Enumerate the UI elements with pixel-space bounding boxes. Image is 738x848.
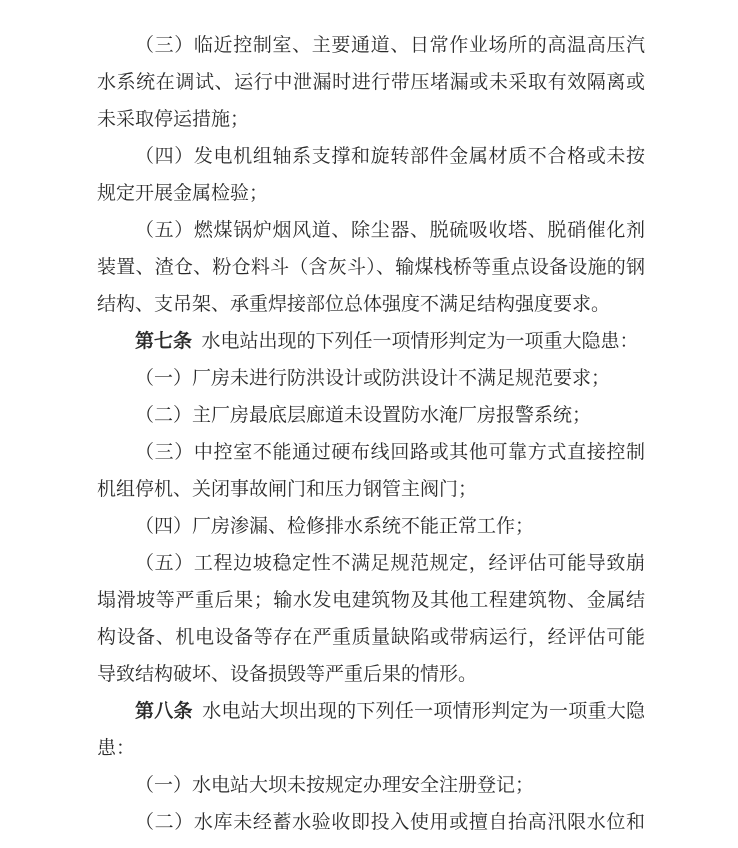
text-line: 导致结构破坏、设备损毁等严重后果的情形。 [97,656,645,693]
text-line: （五）燃煤锅炉烟风道、除尘器、脱硫吸收塔、脱硝催化剂 [97,212,645,249]
paragraph: 第七条水电站出现的下列任一项情形判定为一项重大隐患： [97,323,645,360]
article-number-label: 第八条 [135,701,193,722]
text-line: 水系统在调试、运行中泄漏时进行带压堵漏或未采取有效隔离或 [97,64,645,101]
article-number-label: 第七条 [135,331,192,352]
paragraph: （二）水库未经蓄水验收即投入使用或擅自抬高汛限水位和 [97,804,645,841]
text-line: （二）水库未经蓄水验收即投入使用或擅自抬高汛限水位和 [97,804,645,841]
text-line: 患： [97,730,645,767]
text-line: 第七条水电站出现的下列任一项情形判定为一项重大隐患： [97,323,645,360]
text-line: （五）工程边坡稳定性不满足规范规定，经评估可能导致崩 [97,545,645,582]
text-line: 结构、支吊架、承重焊接部位总体强度不满足结构强度要求。 [97,286,645,323]
paragraph: （三）中控室不能通过硬布线回路或其他可靠方式直接控制机组停机、关闭事故闸门和压力… [97,434,645,508]
text-line: （一）水电站大坝未按规定办理安全注册登记； [97,767,645,804]
text-line: （四）发电机组轴系支撑和旋转部件金属材质不合格或未按 [97,138,645,175]
paragraph: （四）厂房渗漏、检修排水系统不能正常工作； [97,508,645,545]
text-line: 未采取停运措施； [97,101,645,138]
text-line: （二）主厂房最底层廊道未设置防水淹厂房报警系统； [97,397,645,434]
text-line: （一）厂房未进行防洪设计或防洪设计不满足规范要求； [97,360,645,397]
document-content: （三）临近控制室、主要通道、日常作业场所的高温高压汽水系统在调试、运行中泄漏时进… [97,27,645,841]
paragraph: （一）厂房未进行防洪设计或防洪设计不满足规范要求； [97,360,645,397]
paragraph: （五）工程边坡稳定性不满足规范规定，经评估可能导致崩塌滑坡等严重后果；输水发电建… [97,545,645,693]
text-line: （三）中控室不能通过硬布线回路或其他可靠方式直接控制 [97,434,645,471]
document-page: （三）临近控制室、主要通道、日常作业场所的高温高压汽水系统在调试、运行中泄漏时进… [0,0,738,848]
text-line: 机组停机、关闭事故闸门和压力钢管主阀门； [97,471,645,508]
text-line: （四）厂房渗漏、检修排水系统不能正常工作； [97,508,645,545]
text-line: 构设备、机电设备等存在严重质量缺陷或带病运行，经评估可能 [97,619,645,656]
text-line: （三）临近控制室、主要通道、日常作业场所的高温高压汽 [97,27,645,64]
text-line: 塌滑坡等严重后果；输水发电建筑物及其他工程建筑物、金属结 [97,582,645,619]
line-text: 水电站大坝出现的下列任一项情形判定为一项重大隐 [202,701,645,722]
paragraph: （四）发电机组轴系支撑和旋转部件金属材质不合格或未按规定开展金属检验； [97,138,645,212]
paragraph: （二）主厂房最底层廊道未设置防水淹厂房报警系统； [97,397,645,434]
text-line: 规定开展金属检验； [97,175,645,212]
paragraph: （三）临近控制室、主要通道、日常作业场所的高温高压汽水系统在调试、运行中泄漏时进… [97,27,645,138]
text-line: 装置、渣仓、粉仓料斗（含灰斗）、输煤栈桥等重点设备设施的钢 [97,249,645,286]
paragraph: 第八条水电站大坝出现的下列任一项情形判定为一项重大隐患： [97,693,645,767]
paragraph: （五）燃煤锅炉烟风道、除尘器、脱硫吸收塔、脱硝催化剂装置、渣仓、粉仓料斗（含灰斗… [97,212,645,323]
paragraph: （一）水电站大坝未按规定办理安全注册登记； [97,767,645,804]
line-text: 水电站出现的下列任一项情形判定为一项重大隐患： [202,331,639,352]
text-line: 第八条水电站大坝出现的下列任一项情形判定为一项重大隐 [97,693,645,730]
